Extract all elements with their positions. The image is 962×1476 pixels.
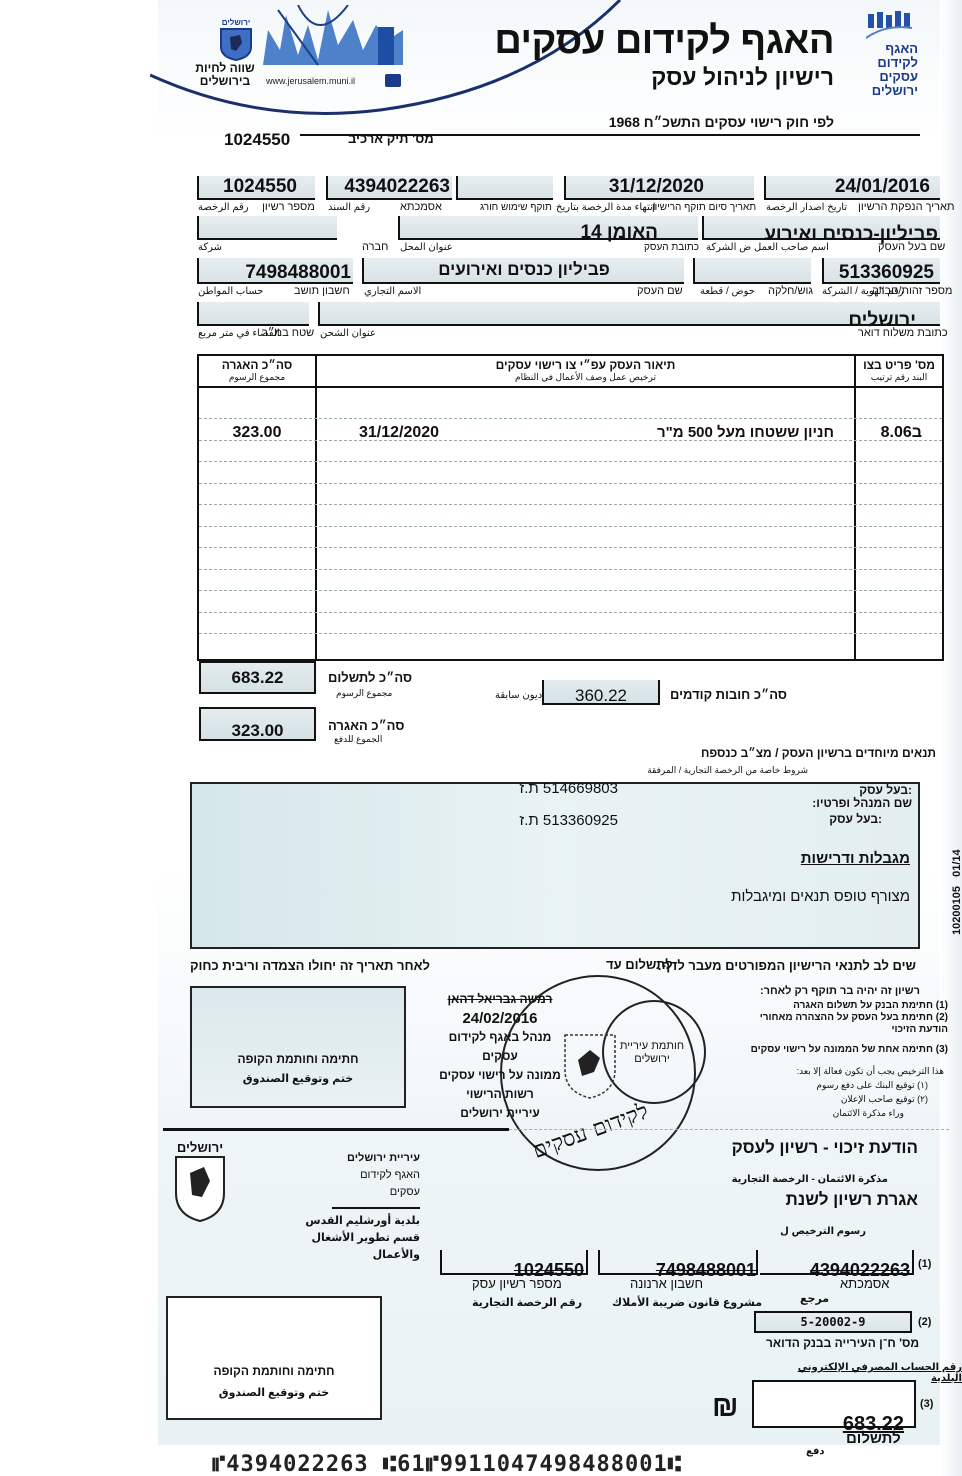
- ar-line: (١) توقيع البنك على دفع رسوم: [774, 1078, 944, 1092]
- slip-divider: [163, 1128, 509, 1131]
- business-address-label: כתובת העסק: [644, 242, 699, 253]
- table-row: 323.00 31/12/2020 חניון ששטחו מעל 500 מ"…: [199, 424, 942, 446]
- previous-debts-label: סה״כ חובות קודמים: [670, 687, 787, 702]
- description-column-header: תיאור העסק עפ״י צו רישוי עסקים ترخيص عمل…: [317, 358, 854, 383]
- jerusalem-crest-slip-icon: ירושלים: [172, 1140, 228, 1228]
- postal-account-label: מס' ח־ן העירייה בבנק הדואר: [766, 1336, 919, 1350]
- scan-edge-shade: [940, 0, 962, 1476]
- slip-cashier-box: חתימה וחותמת הקופה ختم وتوقيع الصندوق: [166, 1296, 382, 1420]
- slip-cashier-label-ar: ختم وتوقيع الصندوق: [168, 1386, 380, 1399]
- expiry-date-label: תאריך סיום תוקף הרישיון: [652, 202, 756, 213]
- total-fee-label: סה״כ האגרה: [328, 718, 404, 733]
- license-number-label-ar: رقم الرخصة: [198, 202, 249, 213]
- table-rule-line: [199, 461, 942, 462]
- area-label: שטח במ״ר: [262, 327, 314, 339]
- slip-fee-ar: رسوم الترخيص ل: [780, 1226, 866, 1237]
- archive-number: 1024550: [224, 130, 290, 150]
- dept-logo-line: לקידום: [862, 56, 918, 70]
- owner-name-label: שם בעל העסק: [878, 241, 945, 253]
- issue-date-value: 24/01/2016: [766, 176, 940, 198]
- resident-account-field: 7498488001: [197, 258, 353, 284]
- slip-property-tax-label-ar: مشروع قانون ضريبة الأملاك: [612, 1296, 762, 1309]
- item-no-column-header: מס' פריט בצו البند رقم ترتيب: [856, 358, 942, 383]
- slip-reference-label-ar: مرجع: [800, 1292, 829, 1305]
- archive-label: מס' תיק ארכיב: [348, 131, 434, 146]
- description-header-he: תיאור העסק עפ״י צו רישוי עסקים: [317, 358, 854, 372]
- form-title: רישיון לניהול עסק: [651, 64, 834, 91]
- ar-line: (٢) توقيع صاحب الإعلان: [774, 1092, 944, 1106]
- item-no-header-he: מס' פריט בצו: [856, 358, 942, 372]
- license-number-label: מספר רשיון: [262, 201, 315, 213]
- slogan-line-2: בירושלים: [190, 75, 260, 88]
- skyline-logo-icon: [258, 5, 408, 70]
- restrictions-title: מגבלות ודרישות: [801, 850, 910, 867]
- row-fee: 323.00: [199, 424, 315, 442]
- form-code: 10200105 01/14: [951, 849, 962, 935]
- license-items-table: סה״כ האגרה مجموع الرسوم תיאור העסק עפ״י …: [197, 354, 944, 661]
- conditions-title: תנאים מיוחדים ברשיון העסק / מצ״ב כנספח: [701, 746, 936, 760]
- payment-label: לתשלום: [846, 1430, 901, 1447]
- slip-org-he-1: עיריית ירושלים: [280, 1150, 420, 1167]
- jerusalem-crest-icon: ירושלים: [218, 18, 254, 62]
- table-rule-line: [199, 569, 942, 570]
- slip-org-ar-2: قسم تطوير الأشغال والأعمال: [280, 1230, 420, 1264]
- exceptional-use-label-ar: انتهاء مدة الرخصة بتاريخ: [556, 202, 656, 213]
- condition-item: (3) חתימה אחת של הממונה על רישוי עסקים: [728, 1044, 948, 1056]
- exceptional-use-label: תוקף שימוש חורג: [480, 202, 552, 213]
- business-address-field: האומן 14: [398, 216, 698, 240]
- valid-only-after: רשיון זה יהיה בר תוקף רק לאחר:: [760, 985, 920, 997]
- slip-cashier-label: חתימה וחותמת הקופה: [168, 1364, 380, 1378]
- owner-labels: :בעל עסק שם המנהל ופרטיו:: [812, 784, 912, 810]
- table-rule-line: [199, 590, 942, 591]
- dept-logo-line: האגף: [862, 42, 918, 56]
- expiry-date-field: 31/12/2020: [564, 176, 754, 200]
- dept-logo-line: ירושלים: [862, 84, 918, 98]
- license-number-value: 1024550: [199, 176, 315, 198]
- manager-id: 514669803 ת.ז: [519, 780, 618, 797]
- condition-item: (1) חתימת הבנק על תשלום האגרה: [728, 1000, 948, 1012]
- attention-note: שים לב לתנאי הרישיון המפורטים מעבר לדף.: [658, 958, 916, 973]
- manager-label: שם המנהל ופרטיו:: [812, 797, 912, 810]
- mailing-address-field: ירושלים: [318, 302, 940, 326]
- item-no-header-ar: البند رقم ترتيب: [856, 372, 942, 383]
- business-address-value: האומן 14: [400, 216, 698, 244]
- fee-header-he: סה״כ האגרה: [199, 358, 315, 372]
- business-name-field: פביליון כנסים ואירועים: [362, 258, 684, 284]
- shekel-icon: ₪: [712, 1390, 739, 1424]
- row-item-no: 8.06ב: [881, 424, 922, 442]
- area-field: [197, 302, 309, 326]
- company-label: חברה: [362, 241, 388, 253]
- slip-reference-field: 4394022263: [760, 1250, 914, 1275]
- reference-label-ar: رقم السند: [328, 202, 370, 213]
- issue-date-label: תאריך הנפקת הרשיון: [858, 201, 955, 213]
- lion-emblem-icon: [560, 1030, 620, 1100]
- company-label-ar: شركة: [198, 242, 222, 253]
- issue-date-field: 24/01/2016: [764, 176, 940, 200]
- condition-item: (2) חתימת בעל העסק על ההצהרה מאחורי הודע…: [728, 1012, 948, 1036]
- slip-property-tax-field: 7498488001: [598, 1250, 758, 1275]
- id-number-field: 513360925: [822, 258, 940, 284]
- slip-org-he-2: האגף לקידום עסקים: [332, 1167, 420, 1209]
- license-number-field: 1024550: [197, 176, 315, 200]
- crest-label: ירושלים: [218, 18, 254, 27]
- ar-line: وراء مذكرة الائتمان: [774, 1106, 944, 1120]
- slip-fee-year: אגרת רשיון לשנת: [786, 1190, 918, 1210]
- pay-until-label: לתשלום עד: [606, 957, 673, 972]
- company-field: [197, 216, 337, 240]
- validity-conditions-list: (1) חתימת הבנק על תשלום האגרה (2) חתימת …: [728, 1000, 948, 1056]
- reference-value: 4394022263: [328, 176, 452, 198]
- block-parcel-field: [693, 258, 811, 284]
- slip-subtitle-ar: مذكرة الائتمان - الرخصة التجارية: [732, 1174, 888, 1185]
- id-number-label: מספר זהות/חברה: [872, 285, 952, 297]
- owner-id: 513360925 ת.ז: [519, 812, 618, 829]
- table-rule-line: [199, 483, 942, 484]
- city-app-icon: [385, 74, 401, 87]
- resident-account-label-ar: حساب المواطن: [198, 286, 263, 297]
- payment-amount-box: 683.22: [752, 1380, 916, 1428]
- total-fee-label-ar: الجموع للدفع: [334, 734, 382, 745]
- conditions-box: :בעל עסק שם המנהל ופרטיו: 514669803 ת.ז …: [190, 782, 920, 949]
- mailing-address-label: כתובת משלוח דואר: [858, 327, 948, 339]
- cashier-stamp-box: חתימה וחותמת הקופה ختم وتوقيع الصندوق: [190, 986, 406, 1108]
- total-to-pay-label-ar: مجموع الرسوم: [336, 688, 392, 699]
- owner-name-field: פביליון-כנסים ואירוע: [702, 216, 940, 240]
- slogan: שווה לחיות בירושלים: [190, 62, 260, 88]
- slip-license-number-label: מספר רשיון עסק: [472, 1276, 562, 1291]
- slip-perforation: [509, 1129, 949, 1130]
- description-header-ar: ترخيص عمل وصف الأعمال في النظام: [317, 372, 854, 383]
- expiry-date-value: 31/12/2020: [566, 176, 754, 198]
- slip-property-tax-label: חשבון ארנונה: [630, 1276, 703, 1291]
- resident-account-value: 7498488001: [199, 258, 353, 284]
- ar-line: هذا الترخيص يجب أن تكون فعالة إلا بعد:: [774, 1064, 944, 1078]
- reference-label: אסמכתא: [400, 201, 442, 213]
- conditions-title-ar: شروط خاصة من الرخصة التجارية / المرفقة: [647, 765, 808, 776]
- department-logo-icon: [866, 10, 912, 40]
- table-rule-line: [199, 547, 942, 548]
- reference-field: 4394022263: [326, 176, 452, 200]
- exceptional-use-field: [456, 176, 553, 200]
- owner-name-label-ar: اسم صاحب العمل ض الشركة: [706, 242, 829, 253]
- slip-license-number-field: 1024550: [440, 1250, 588, 1275]
- business-address-label-ar: عنوان المحل: [400, 242, 453, 253]
- table-rule-line: [199, 504, 942, 505]
- slip-org-block: עיריית ירושלים האגף לקידום עסקים بلدية أ…: [280, 1150, 420, 1264]
- row-date: 31/12/2020: [359, 424, 439, 442]
- table-rule-line: [199, 633, 942, 634]
- total-to-pay-label: סה״כ לתשלום: [328, 670, 412, 685]
- resident-account-label: חשבון תושב: [294, 285, 350, 297]
- previous-debts-box: 360.22: [542, 680, 660, 705]
- business-name-value: פביליון כנסים ואירועים: [364, 258, 684, 280]
- slip-org-ar-1: بلدية أورشليم القدس: [280, 1213, 420, 1230]
- total-fee-box: 323.00: [199, 707, 316, 741]
- fee-header-ar: مجموع الرسوم: [199, 372, 315, 383]
- mailing-address-value: ירושלים: [320, 302, 940, 332]
- owner2-label: :בעל עסק: [829, 812, 882, 826]
- slip-field-1-num: (1): [918, 1258, 931, 1270]
- cashier-label-ar: ختم وتوقيع الصندوق: [192, 1072, 404, 1085]
- dept-logo-line: עסקים: [862, 70, 918, 84]
- payment-label-ar: دفع: [806, 1446, 825, 1457]
- postal-account-box: 5-20002-9: [754, 1311, 912, 1333]
- slip-license-number-label-ar: رقم الرخصة التجارية: [472, 1296, 582, 1309]
- fee-column-header: סה״כ האגרה مجموع الرسوم: [199, 358, 315, 383]
- cashier-label: חתימה וחותמת הקופה: [192, 1052, 404, 1066]
- block-parcel-label-ar: حوض / قطعة: [700, 286, 755, 297]
- row-description: חניון ששטחו מעל 500 מ"ר: [657, 424, 834, 441]
- department-title: האגף לקידום עסקים: [494, 20, 834, 63]
- business-name-label-ar: الاسم التجاري: [364, 286, 421, 297]
- micr-barcode: ⑈4394022263 ⑆61⑈9911047498488001⑆: [212, 1452, 682, 1476]
- slip-field-2-num: (2): [918, 1316, 931, 1328]
- department-logo-text: האגף לקידום עסקים ירושלים: [862, 42, 918, 98]
- arabic-conditions: هذا الترخيص يجب أن تكون فعالة إلا بعد: (…: [774, 1064, 944, 1120]
- inner-stamp-text: חותמת עיריית ירושלים: [612, 1040, 692, 1066]
- law-line: לפי חוק רישוי עסקים התשכ״ח 1968: [609, 114, 834, 130]
- slip-field-3-num: (3): [920, 1398, 933, 1410]
- issue-date-label-ar: تاريخ اصدار الرخصة: [766, 202, 847, 213]
- website-link[interactable]: www.jerusalem.muni.il: [266, 76, 355, 86]
- mailing-address-label-ar: عنوان الشحن: [320, 328, 376, 339]
- previous-debts-label-ar: ديون سابقة: [495, 690, 542, 701]
- late-interest-note: לאחר תאריך זה יחולו הצמדה וריבית כחוק: [190, 958, 430, 973]
- slip-title: הודעת זיכוי - רשיון לעסק: [732, 1138, 918, 1158]
- table-rule-line: [199, 418, 942, 419]
- id-number-value: 513360925: [824, 258, 940, 284]
- slip-reference-label: אסמכתא: [840, 1276, 889, 1291]
- table-rule-line: [199, 526, 942, 527]
- table-rule-line: [199, 612, 942, 613]
- business-name-label: שם העסק: [637, 285, 683, 297]
- restrictions-text: מצורף טופס תנאים ומיגבלות: [731, 888, 910, 905]
- total-to-pay-box: 683.22: [199, 661, 316, 694]
- block-parcel-label: גוש/חלקה: [768, 285, 813, 297]
- slip-crest-label: ירושלים: [172, 1140, 228, 1155]
